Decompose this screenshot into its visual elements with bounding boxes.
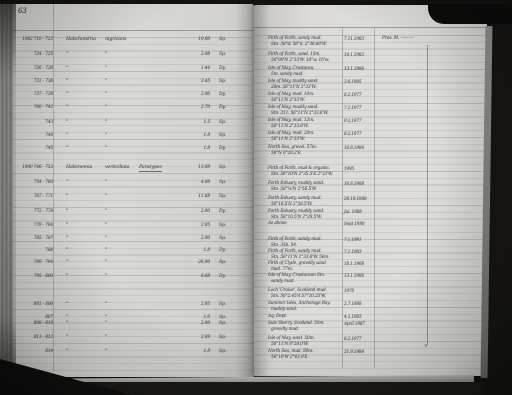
specimen-count: 2.90	[178, 236, 210, 241]
locality-line-2: 5m. sandy mud.	[271, 72, 303, 77]
specimen-count: 4.98	[178, 180, 210, 185]
specimen-count: 3.45	[178, 79, 210, 84]
locality-line-1: Sule Skerry, Scotland. 50m.	[268, 321, 325, 326]
species-genus: "	[66, 315, 68, 320]
locality-line-2: Stn. 311. 56°11'N 2°33.8'W.	[271, 111, 328, 116]
specimen-count: 1.44	[178, 66, 210, 71]
species-epithet: "	[105, 180, 107, 185]
specimen-count: 26.90	[178, 260, 210, 265]
locality-line-2: 56°10.5'N 2°28.5'W.	[271, 202, 312, 207]
locality-entry: North Sea, mud. 80m. 56°10'W 2°43.9'E. 2…	[254, 349, 487, 362]
locality-entry: Isle of May, Crustacea. 5m. sandy mud. 1…	[254, 66, 487, 79]
locality-entry: North Sea, gravel. 57m. 58°N 0°20.2'E. 1…	[254, 145, 487, 158]
collection-date: 9.2.1977	[344, 118, 378, 123]
species-epithet: "	[105, 321, 107, 326]
preservation-code: Sp.	[219, 165, 226, 170]
locality-line-1: Forth Estuary, muddy sand.	[268, 209, 324, 214]
specimen-count: 2.70	[178, 105, 210, 110]
species-epithet: verticillata	[105, 165, 129, 170]
specimen-count: 2.95	[178, 302, 210, 307]
preservation-code: Dy.	[219, 248, 226, 253]
locality-line-2: Stn. 38°d. 56°d. 2°36.80'W.	[271, 42, 327, 47]
reg-number: 740 - 742	[16, 105, 53, 110]
collection-date: 14.1.1982	[344, 52, 378, 57]
species-genus: "	[66, 209, 68, 214]
locality-line-1: Loch 'Cruive', Scotland mud.	[268, 288, 327, 293]
locality-line-1: Firth of Forth, sandy mud.	[268, 249, 322, 254]
specimen-count: 10.98	[178, 37, 210, 42]
locality-entry: Isle of May, muddy sand. 28m. 56°11'N 2°…	[254, 79, 487, 92]
species-genus: "	[66, 248, 68, 253]
register-row: 1990 746 - 753 Halicnemia verticillata P…	[12, 165, 254, 178]
locality-line-2: Stn. 35b. 54.	[271, 243, 297, 248]
locality-line-2: 56°10'W 2°43.9'E.	[271, 355, 309, 360]
locality-line-1: Isle of May, muddy sand.	[268, 105, 318, 110]
collection-date: 16.8.1984	[344, 145, 378, 150]
species-epithet: "	[105, 52, 107, 57]
specimen-count: 2.95	[178, 223, 210, 228]
locality-line-1: North Sea, gravel. 57m.	[268, 145, 317, 150]
locality-entry: Forth Estuary, sandy mud. 56°10.5'N 2°28…	[254, 196, 487, 209]
species-genus: "	[66, 120, 68, 125]
collection-date: 13.1.1986	[344, 66, 378, 71]
species-epithet: "	[105, 274, 107, 279]
collection-date: 1976	[344, 288, 378, 293]
preservation-code: Sp.	[219, 133, 226, 138]
preservation-code: Sp.	[219, 315, 226, 320]
species-epithet: "	[105, 315, 107, 320]
preservation-code: Sp.	[219, 194, 226, 199]
locality-entry: Forth Estuary, muddy sand. Stn. 56°¼'N 2…	[254, 181, 487, 194]
species-epithet: "	[105, 194, 107, 199]
preservation-code: Dy.	[219, 105, 226, 110]
species-genus: "	[66, 105, 68, 110]
register-row: 801 - 806 " " 2.95 Sp.	[12, 302, 254, 315]
locality-line-2: Stn. 56°10.5'N 2°28.5'W.	[271, 215, 322, 220]
specimen-count: 13.98	[178, 165, 210, 170]
locality-entry: Isle of May, muddy sand. Stn. 311. 56°11…	[254, 105, 487, 118]
locality-entry: Firth of Forth, mud & organic. Stn. 56°1…	[254, 166, 487, 179]
register-row: 795 - 800 " " 6.88 Dy.	[12, 274, 254, 287]
reg-number: 743	[16, 120, 53, 125]
locality-entry: Loch 'Cruive', Scotland mud. Stn. 56°2.4…	[254, 288, 487, 301]
reg-number: 772 - 778	[16, 209, 53, 214]
species-genus: "	[66, 321, 68, 326]
specimen-count: 1.8	[178, 349, 210, 354]
specimen-count: 1.8	[178, 248, 210, 253]
locality-line-1: Isle of May, Crustacea.	[268, 66, 314, 71]
register-row: 726 - 730 " " 1.44 Dy.	[12, 66, 254, 79]
reg-number: 785 - 787	[16, 236, 53, 241]
species-epithet: "	[105, 92, 107, 97]
species-genus: "	[66, 79, 68, 84]
register-row: 740 - 742 " " 2.70 Dy.	[12, 105, 254, 118]
register-row: 745 " " 1.8 Dy.	[12, 146, 254, 159]
preservation-code: Dy.	[219, 66, 226, 71]
preservation-code: Sp.	[219, 349, 226, 354]
reg-number: 724 - 725	[16, 52, 53, 57]
species-genus: "	[66, 349, 68, 354]
species-genus: "	[66, 260, 68, 265]
species-genus: "	[66, 133, 68, 138]
reg-number: 731 - 736	[16, 79, 53, 84]
locality-line-1: North Sea, mud. 80m.	[268, 349, 313, 354]
species-genus: "	[66, 92, 68, 97]
locality-line-2: muddy sand.	[271, 307, 297, 312]
register-row: 1982 710 - 723 Halichondria nigricans 10…	[12, 37, 254, 50]
locality-line-2: 56°11'N 2°33'W.	[271, 98, 305, 103]
species-genus: "	[66, 194, 68, 199]
collection-date: 26.10.1988	[344, 196, 378, 201]
preservation-code: Sp.	[219, 52, 226, 57]
reg-number: 1990 746 - 753	[16, 165, 53, 170]
preservation-code: Dy.	[219, 274, 226, 279]
locality-entry: Firth of Forth, sand. 15m. 56°09'N 2°33'…	[254, 52, 487, 65]
register-book-photo: 63 1982 710 - 723 Halichondria nigricans…	[0, 0, 512, 395]
register-row: 754 - 766 " " 4.98 Sp.	[12, 180, 254, 193]
right-page: 63 Pres. M. ——— v Firth of Forth, sandy …	[254, 5, 487, 376]
reg-number: 795 - 800	[16, 274, 53, 279]
page-number-left: 63	[18, 7, 27, 15]
register-row: 814 " " 1.8 Sp.	[12, 349, 254, 362]
species-epithet: "	[105, 248, 107, 253]
reg-number: 737 - 739	[16, 92, 53, 97]
species-genus: "	[66, 302, 68, 307]
collection-date: 8.2.1977	[344, 131, 378, 136]
species-epithet: "	[105, 79, 107, 84]
species-genus: "	[66, 52, 68, 57]
register-row: 811 - 813 " " 2.99 Sp.	[12, 335, 254, 348]
species-epithet: "	[105, 260, 107, 265]
reg-number: 808 - 810	[16, 321, 53, 326]
preservation-code: Dy.	[219, 209, 226, 214]
specimen-count: 2.98	[178, 52, 210, 57]
left-page: 63 1982 710 - 723 Halichondria nigricans…	[12, 3, 254, 377]
gutter-shadow	[236, 3, 270, 377]
species-genus: Halicnemia	[66, 165, 92, 170]
collection-date: 8.2.1977	[344, 92, 378, 97]
preservation-code: Sp.	[219, 37, 226, 42]
locality-line-1: Firth of Clyde, gravelly sand	[268, 261, 326, 266]
register-row: 772 - 778 " " 2.00 Dy.	[12, 209, 254, 222]
preservation-code: Dy.	[219, 146, 226, 151]
reg-number: 811 - 813	[16, 335, 53, 340]
locality-line-2: 28m. 56°11'N 2°33'W.	[271, 85, 316, 90]
locality-line-2: gravelly mud.	[271, 327, 299, 332]
locality-line-1: Aq. Dept.	[268, 314, 287, 319]
species-epithet: "	[105, 146, 107, 151]
locality-line-2: sandy mud.	[271, 279, 295, 284]
paratypes-note: Paratypes	[139, 165, 162, 172]
collection-date: 3.6.1985	[344, 79, 378, 84]
species-epithet: nigricans	[105, 37, 126, 42]
register-row: 743 " " 1.5 Sp.	[12, 120, 254, 133]
reg-number: 789 - 794	[16, 260, 53, 265]
collection-date: 16.6.1988	[344, 181, 378, 186]
locality-line-2: mud. 77m.	[271, 267, 293, 272]
locality-line-1: Isle of May, mud. 12m.	[268, 118, 314, 123]
header-rule	[254, 27, 487, 28]
species-genus: "	[66, 180, 68, 185]
species-epithet: "	[105, 66, 107, 71]
collection-date: 7.11.1983	[344, 36, 378, 41]
reg-number: 801 - 806	[16, 302, 53, 307]
locality-line-1: Isle of May, mud. 20m.	[268, 131, 314, 136]
locality-entry: Sule Skerry, Scotland. 50m. gravelly mud…	[254, 321, 487, 334]
species-genus: "	[66, 335, 68, 340]
preservation-code: Dy.	[219, 92, 226, 97]
specimen-count: 11.88	[178, 194, 210, 199]
register-row: 779 - 784 " " 2.95 Sp.	[12, 223, 254, 236]
collection-date: Sept 1988	[344, 221, 378, 226]
species-genus: "	[66, 146, 68, 151]
collection-date: 7.1.1983	[344, 249, 378, 254]
locality-entry: Isle of May, Crustacean Stn. sandy mud. …	[254, 273, 487, 286]
specimen-count: 2.96	[178, 92, 210, 97]
specimen-count: 1.8	[178, 133, 210, 138]
locality-entry: Isle of May, mud. 20m. 56°11'N 2°33'W. 8…	[254, 131, 487, 144]
species-epithet: "	[105, 349, 107, 354]
reg-number: 744	[16, 133, 53, 138]
collection-date: 21.9.1984	[344, 349, 378, 354]
locality-entry: Summer Isles, Anchorage Bay. muddy sand.…	[254, 301, 487, 314]
species-genus: "	[66, 66, 68, 71]
locality-line-2: Stn. 56°2.45'd 57°20.25'W.	[271, 294, 326, 299]
reg-number: 779 - 784	[16, 223, 53, 228]
register-row: 731 - 736 " " 3.45 Sp.	[12, 79, 254, 92]
reg-number: 767 - 771	[16, 194, 53, 199]
reg-number: 807	[16, 315, 53, 320]
locality-line-2: Stn. 56°11'N 2°33.8'W. 56m.	[271, 255, 329, 260]
reg-number: 788	[16, 248, 53, 253]
species-genus: "	[66, 274, 68, 279]
locality-line-1: Summer Isles, Anchorage Bay.	[268, 301, 330, 306]
locality-entry: Firth of Forth, sandy mud. Stn. 38°d. 56…	[254, 36, 487, 49]
reg-number: 814	[16, 349, 53, 354]
reg-number: 1982 710 - 723	[16, 37, 53, 42]
species-epithet: "	[105, 120, 107, 125]
preservation-code: Sp.	[219, 302, 226, 307]
collection-date: 4.1.1983	[344, 314, 378, 319]
locality-entry: Isle of May, mud. 12m. 56°11'N 2°33.8'W.…	[254, 118, 487, 131]
locality-line-2: Stn. 56°¼'N 2°56.5'W.	[271, 187, 317, 192]
species-genus: "	[66, 223, 68, 228]
locality-line-2: 56°11'N 2°33.8'W.	[271, 124, 309, 129]
locality-line-1: Firth of Forth, mud & organic.	[268, 166, 330, 171]
locality-entry: Isle of May, mud. 10m. 56°11'N 2°33'W. 8…	[254, 92, 487, 105]
locality-entry: As above. Sept 1988	[254, 221, 487, 234]
locality-line-1: Isle of May, sand. 50m.	[268, 336, 315, 341]
collection-date: 7.1.1991	[344, 237, 378, 242]
register-row: 744 " " 1.8 Sp.	[12, 133, 254, 146]
species-epithet: "	[105, 335, 107, 340]
collection-date: 13.1.1986	[344, 273, 378, 278]
preservation-code: Sp.	[219, 223, 226, 228]
locality-line-1: Firth of Forth, sand. 15m.	[268, 52, 320, 57]
species-epithet: "	[105, 133, 107, 138]
specimen-count: 1.0	[178, 315, 210, 320]
locality-entry: Isle of May, sand. 50m. 56°11'N 8°28.0'W…	[254, 336, 487, 349]
locality-line-2: 56°09'N 2°33'W. 16°w. 16'w.	[271, 58, 329, 63]
species-genus: Halichondria	[66, 37, 96, 42]
locality-line-1: As above.	[268, 221, 288, 226]
preservation-code: Sp.	[219, 236, 226, 241]
specimen-count: 6.88	[178, 274, 210, 279]
collection-date: Jul. 1988	[344, 209, 378, 214]
preservation-code: Sp.	[219, 321, 226, 326]
specimen-count: 2.99	[178, 321, 210, 326]
collection-date: April 1987	[344, 321, 378, 326]
register-row: 724 - 725 " " 2.98 Sp.	[12, 52, 254, 65]
page-stack-shading	[0, 0, 16, 395]
preservation-code: Sp.	[219, 260, 226, 265]
locality-line-1: Isle of May, muddy sand.	[268, 79, 318, 84]
reg-number: 754 - 766	[16, 180, 53, 185]
preservation-code: Sp.	[219, 120, 226, 125]
locality-line-1: Isle of May, Crustacean Stn.	[268, 273, 325, 278]
species-epithet: "	[105, 223, 107, 228]
locality-line-2: 58°N 0°20.2'E.	[271, 151, 302, 156]
reg-number: 726 - 730	[16, 66, 53, 71]
collection-date: 16.1.1968	[344, 261, 378, 266]
preservation-code: Sp.	[219, 79, 226, 84]
locality-line-1: Isle of May, mud. 10m.	[268, 92, 314, 97]
locality-line-1: Firth of Forth, sandy mud.	[268, 237, 322, 242]
locality-line-2: Stn. 56°10'N 2°35.5'E 2°33'W.	[271, 172, 333, 177]
register-row: 789 - 794 " " 26.90 Sp.	[12, 260, 254, 273]
specimen-count: 2.99	[178, 335, 210, 340]
locality-line-1: Firth of Forth, sandy mud.	[268, 36, 322, 41]
species-epithet: "	[105, 302, 107, 307]
register-row: 808 - 810 " " 2.99 Sp.	[12, 321, 254, 334]
locality-line-1: Forth Estuary, muddy sand.	[268, 181, 324, 186]
collection-date: 8.2.1977	[344, 336, 378, 341]
specimen-count: 1.8	[178, 146, 210, 151]
locality-line-2: 56°11'N 8°28.0'W.	[271, 342, 309, 347]
specimen-count: 2.00	[178, 209, 210, 214]
species-epithet: "	[105, 236, 107, 241]
collection-date: 7.1.1977	[344, 105, 378, 110]
collection-date: 2.7.1988	[344, 301, 378, 306]
species-epithet: "	[105, 209, 107, 214]
register-row: 767 - 771 " " 11.88 Sp.	[12, 194, 254, 207]
species-genus: "	[66, 236, 68, 241]
preservation-code: Sp.	[219, 180, 226, 185]
specimen-count: 1.5	[178, 120, 210, 125]
photo-top-edge	[0, 0, 512, 4]
preservation-code: Sp.	[219, 335, 226, 340]
register-row: 737 - 739 " " 2.96 Dy.	[12, 92, 254, 105]
collection-date: 1995	[344, 166, 378, 171]
reg-number: 745	[16, 146, 53, 151]
locality-line-1: Forth Estuary, sandy mud.	[268, 196, 322, 201]
locality-line-2: 56°11'N 2°33'W.	[271, 137, 305, 142]
species-epithet: "	[105, 105, 107, 110]
